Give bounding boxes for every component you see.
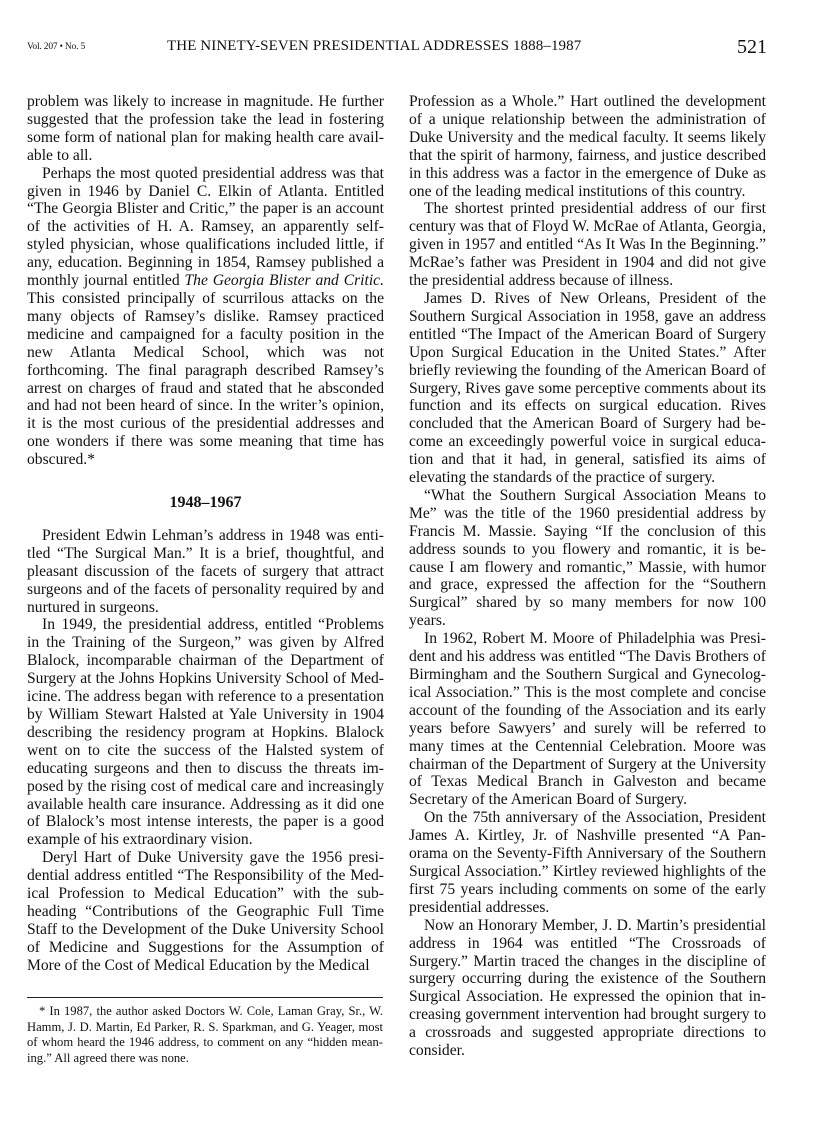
paragraph: President Edwin Lehman’s address in 1948… bbox=[27, 527, 384, 617]
left-column: problem was likely to increase in magnit… bbox=[27, 93, 384, 975]
journal-title-italic: The Georgia Blister and Critic. bbox=[185, 272, 385, 289]
running-title: THE NINETY-SEVEN PRESIDENTIAL ADDRESSES … bbox=[167, 38, 581, 55]
paragraph: “What the Southern Surgical Association … bbox=[409, 487, 766, 630]
paragraph: In 1949, the presidential address, entit… bbox=[27, 616, 384, 849]
right-column: Profession as a Whole.” Hart outlined th… bbox=[409, 93, 766, 1060]
paragraph: In 1962, Robert M. Moore of Philadelphia… bbox=[409, 630, 766, 809]
paragraph: Deryl Hart of Duke University gave the 1… bbox=[27, 849, 384, 974]
paragraph: On the 75th anniversary of the Associati… bbox=[409, 809, 766, 916]
volume-issue: Vol. 207 • No. 5 bbox=[27, 42, 85, 52]
paragraph: Profession as a Whole.” Hart outlined th… bbox=[409, 93, 766, 200]
running-header: Vol. 207 • No. 5 THE NINETY-SEVEN PRESID… bbox=[27, 36, 767, 58]
page-number: 521 bbox=[737, 36, 767, 59]
paragraph-text: Perhaps the most quoted presidential add… bbox=[27, 165, 384, 289]
paragraph-elkin: Perhaps the most quoted presidential add… bbox=[27, 165, 384, 469]
footnote-divider bbox=[27, 997, 383, 998]
paragraph-text: This consisted principally of scurrilous… bbox=[27, 290, 384, 468]
paragraph: James D. Rives of New Orleans, President… bbox=[409, 290, 766, 487]
paragraph: problem was likely to increase in magnit… bbox=[27, 93, 384, 165]
footnote: * In 1987, the author asked Doctors W. C… bbox=[27, 1004, 383, 1066]
section-heading: 1948–1967 bbox=[27, 494, 384, 512]
paragraph: The shortest printed presidential addres… bbox=[409, 200, 766, 290]
paragraph: Now an Honorary Member, J. D. Martin’s p… bbox=[409, 917, 766, 1060]
